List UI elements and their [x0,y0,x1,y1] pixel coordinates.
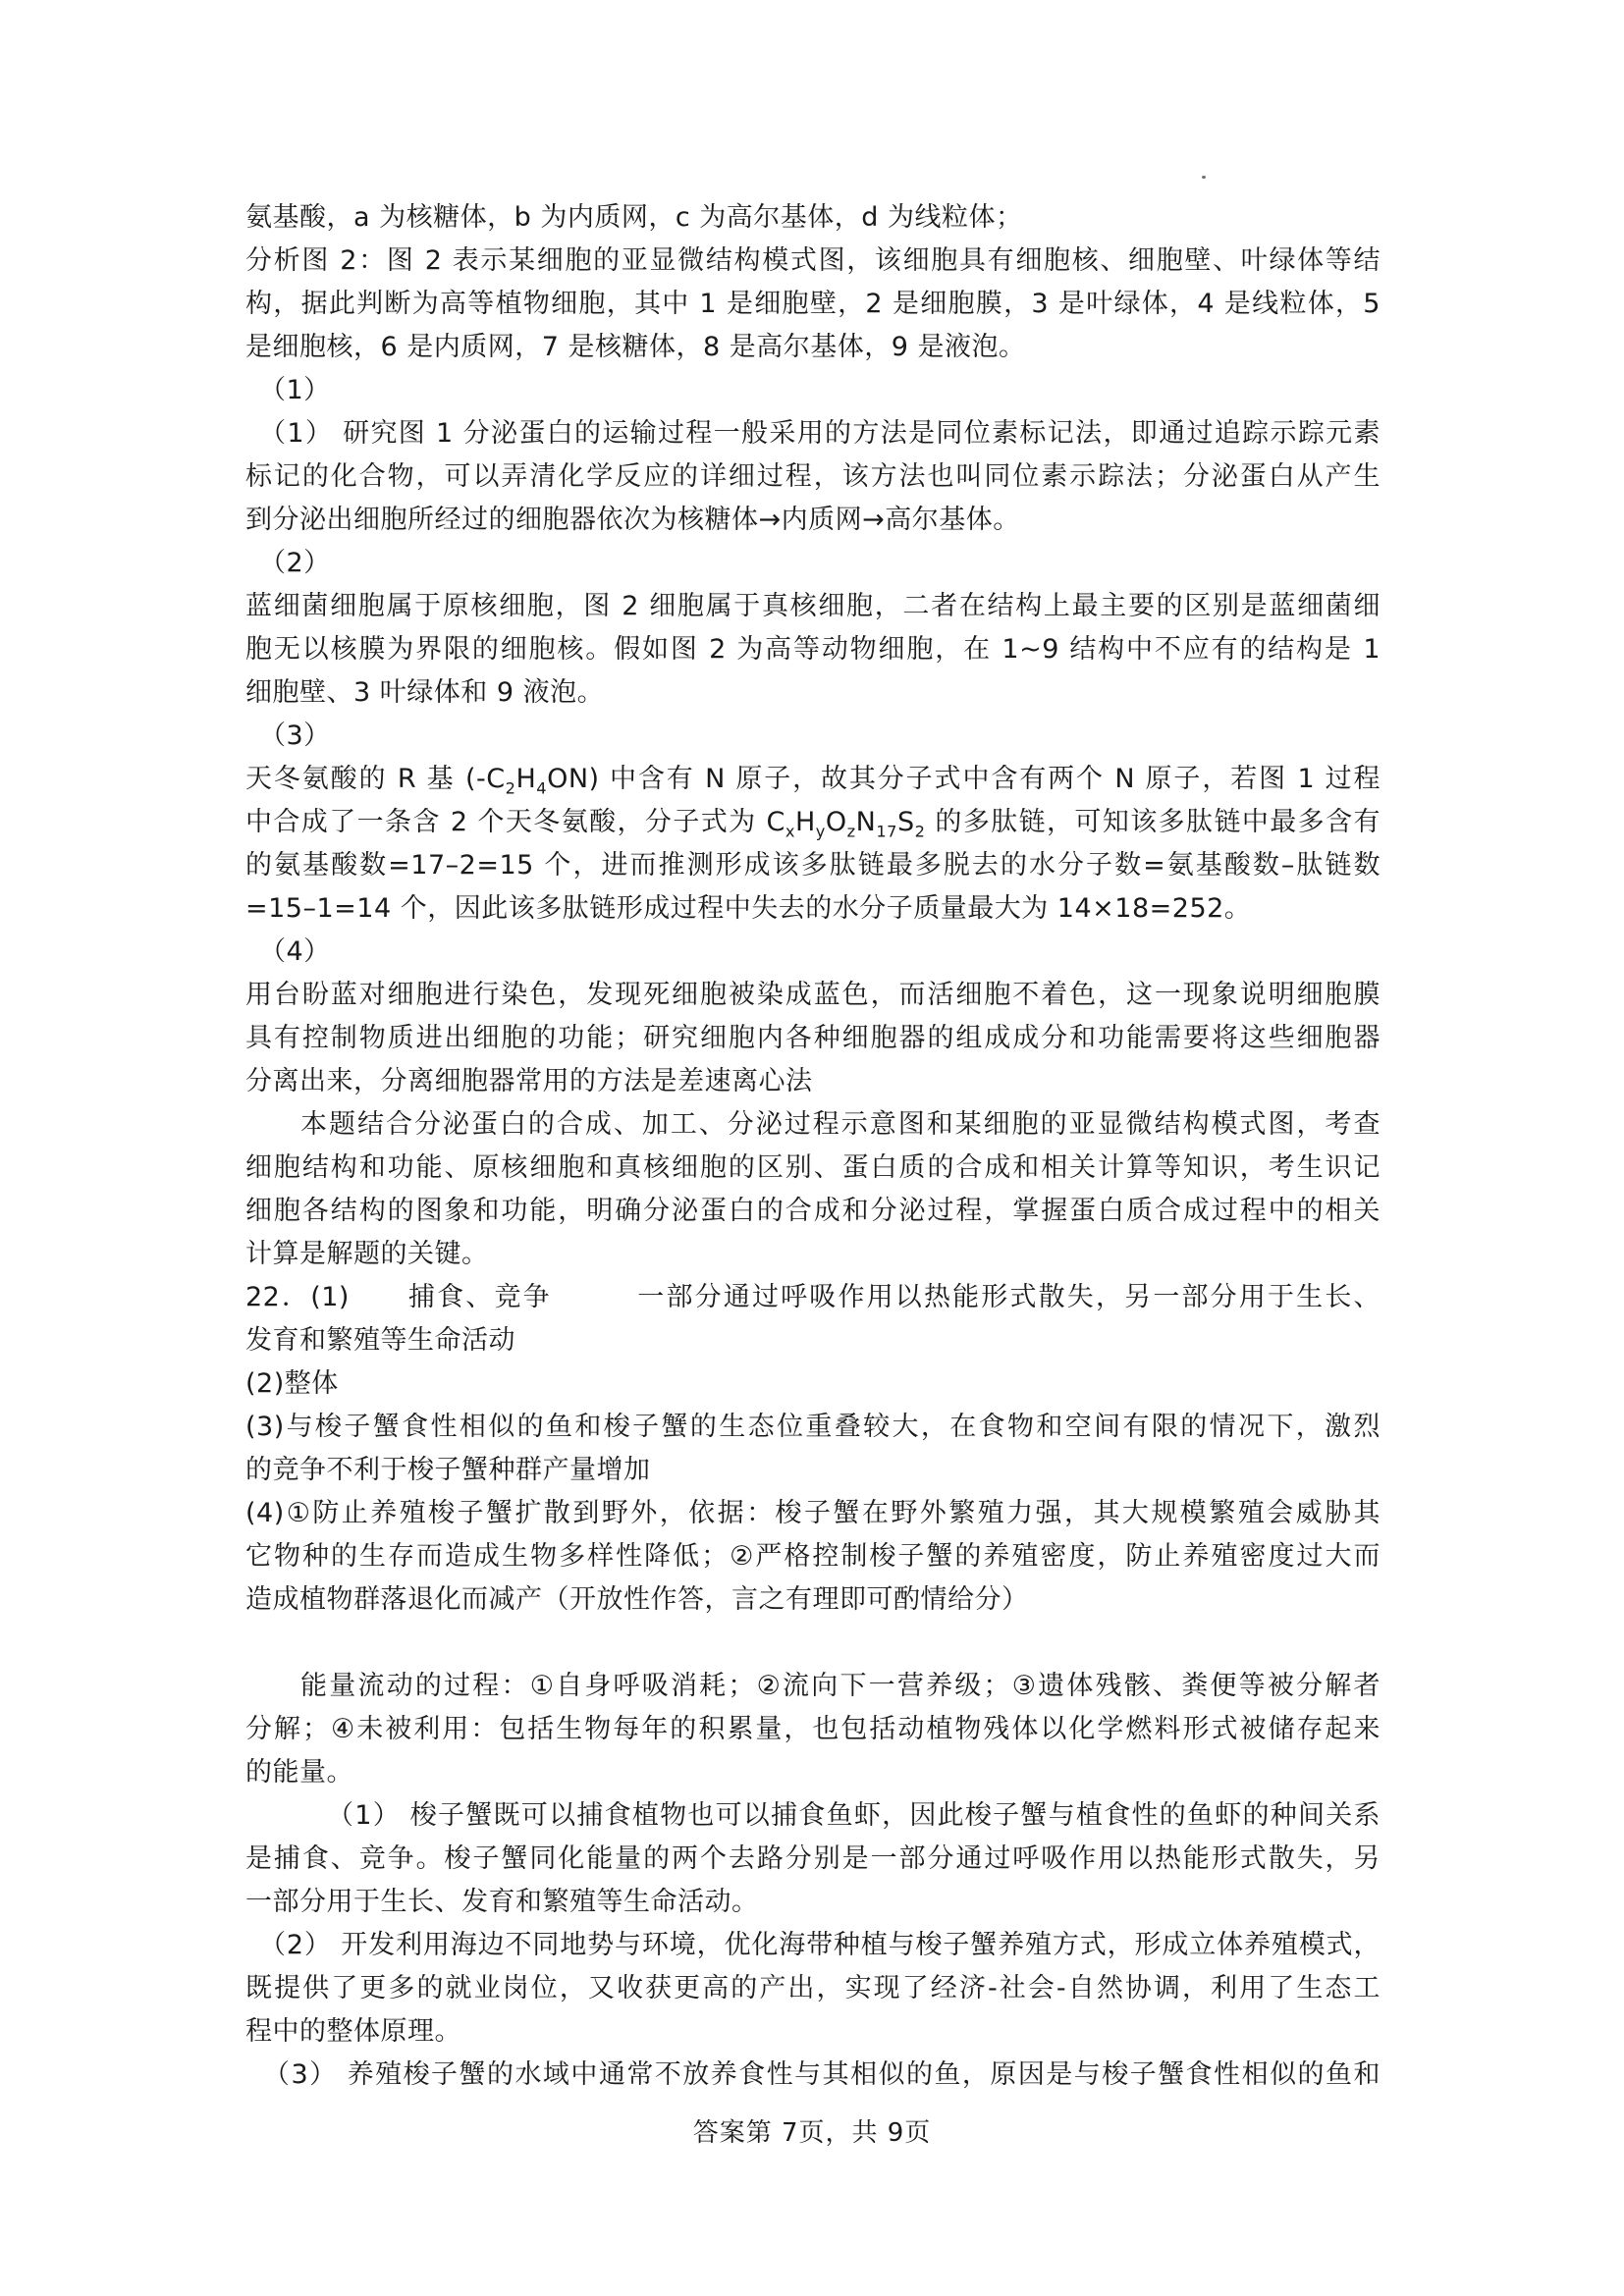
text-line: 是捕食、竞争。梭子蟹同化能量的两个去路分别是一部分通过呼吸作用以热能形式散失，另 [245,1838,1380,1881]
text-line: 一部分用于生长、发育和繁殖等生命活动。 [245,1881,1380,1924]
document-page: 氨基酸，a 为核糖体，b 为内质网，c 为高尔基体，d 为线粒体；分析图 2：图… [0,0,1624,2296]
text-line: （1） 梭子蟹既可以捕食植物也可以捕食鱼虾，因此梭子蟹与植食性的鱼虾的种间关系 [245,1794,1380,1838]
text-line: （1） [245,369,1380,412]
text-line: 它物种的生存而造成生物多样性降低；②严格控制梭子蟹的养殖密度，防止养殖密度过大而 [245,1535,1380,1578]
text-line: （2） [245,542,1380,585]
text-block: 氨基酸，a 为核糖体，b 为内质网，c 为高尔基体，d 为线粒体；分析图 2：图… [245,196,1380,2097]
page-footer: 答案第 7页，共 9页 [0,2112,1624,2149]
text-line: 到分泌出细胞所经过的细胞器依次为核糖体→内质网→高尔基体。 [245,499,1380,542]
text-line: 分离出来，分离细胞器常用的方法是差速离心法 [245,1060,1380,1103]
text-line: 细胞壁、3 叶绿体和 9 液泡。 [245,671,1380,715]
text-line: 具有控制物质进出细胞的功能；研究细胞内各种细胞器的组成成分和功能需要将这些细胞器 [245,1017,1380,1060]
text-line: 本题结合分泌蛋白的合成、加工、分泌过程示意图和某细胞的亚显微结构模式图，考查 [245,1103,1380,1147]
text-line: 细胞结构和功能、原核细胞和真核细胞的区别、蛋白质的合成和相关计算等知识，考生识记 [245,1147,1380,1190]
text-line: 标记的化合物，可以弄清化学反应的详细过程，该方法也叫同位素示踪法；分泌蛋白从产生 [245,455,1380,499]
text-line: 的能量。 [245,1751,1380,1794]
text-line: 是细胞核，6 是内质网，7 是核糖体，8 是高尔基体，9 是液泡。 [245,326,1380,369]
text-line: 发育和繁殖等生命活动 [245,1319,1380,1362]
text-line: (3)与梭子蟹食性相似的鱼和梭子蟹的生态位重叠较大，在食物和空间有限的情况下，激… [245,1406,1380,1449]
text-line: (4)①防止养殖梭子蟹扩散到野外，依据：梭子蟹在野外繁殖力强，其大规模繁殖会威胁… [245,1492,1380,1535]
text-line: 分析图 2：图 2 表示某细胞的亚显微结构模式图，该细胞具有细胞核、细胞壁、叶绿… [245,240,1380,283]
text-line: 能量流动的过程：①自身呼吸消耗；②流向下一营养级；③遗体残骸、粪便等被分解者 [245,1665,1380,1708]
text-line: 构，据此判断为高等植物细胞，其中 1 是细胞壁，2 是细胞膜，3 是叶绿体，4 … [245,283,1380,326]
text-line: 的氨基酸数=17–2=15 个，进而推测形成该多肽链最多脱去的水分子数=氨基酸数… [245,844,1380,887]
text-line: 用台盼蓝对细胞进行染色，发现死细胞被染成蓝色，而活细胞不着色，这一现象说明细胞膜 [245,974,1380,1017]
text-line: 既提供了更多的就业岗位，又收获更高的产出，实现了经济-社会-自然协调，利用了生态… [245,1967,1380,2010]
text-line: 22．(1) 捕食、竞争 一部分通过呼吸作用以热能形式散失，另一部分用于生长、 [245,1276,1380,1319]
text-line: （3） [245,715,1380,758]
text-line: =15–1=14 个，因此该多肽链形成过程中失去的水分子质量最大为 14×18=… [245,887,1380,931]
text-line: 计算是解题的关键。 [245,1233,1380,1276]
text-line: 天冬氨酸的 R 基 (-C2H4ON) 中含有 N 原子，故其分子式中含有两个 … [245,758,1380,801]
text-line: 细胞各结构的图象和功能，明确分泌蛋白的合成和分泌过程，掌握蛋白质合成过程中的相关 [245,1190,1380,1233]
text-line: 的竞争不利于梭子蟹种群产量增加 [245,1449,1380,1492]
text-line: （1） 研究图 1 分泌蛋白的运输过程一般采用的方法是同位素标记法，即通过追踪示… [245,412,1380,455]
text-line: （4） [245,931,1380,974]
text-line: 造成植物群落退化而减产（开放性作答，言之有理即可酌情给分） [245,1578,1380,1622]
blank-line [245,1622,1380,1665]
text-line: 中合成了一条含 2 个天冬氨酸，分子式为 CxHyOzN17S2 的多肽链，可知… [245,801,1380,844]
text-line: （2） 开发利用海边不同地势与环境，优化海带种植与梭子蟹养殖方式，形成立体养殖模… [245,1924,1380,1967]
text-line: 胞无以核膜为界限的细胞核。假如图 2 为高等动物细胞，在 1~9 结构中不应有的… [245,628,1380,671]
text-line: 程中的整体原理。 [245,2010,1380,2054]
text-line: （3） 养殖梭子蟹的水域中通常不放养食性与其相似的鱼，原因是与梭子蟹食性相似的鱼… [245,2054,1380,2097]
text-line: (2)整体 [245,1362,1380,1406]
text-line: 分解；④未被利用：包括生物每年的积累量，也包括动植物残体以化学燃料形式被储存起来 [245,1708,1380,1751]
scan-speck [1202,176,1206,179]
text-line: 蓝细菌细胞属于原核细胞，图 2 细胞属于真核细胞，二者在结构上最主要的区别是蓝细… [245,585,1380,628]
text-line: 氨基酸，a 为核糖体，b 为内质网，c 为高尔基体，d 为线粒体； [245,196,1380,240]
